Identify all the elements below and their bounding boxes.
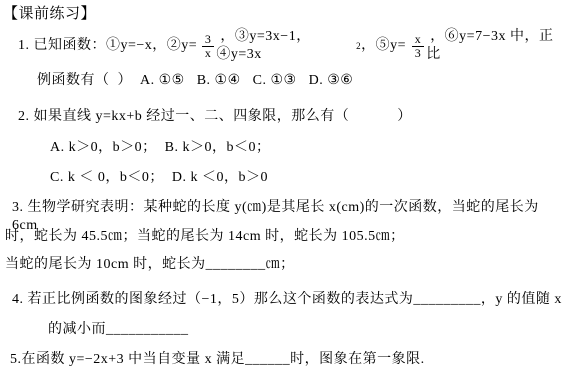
question-4-line-2: 的减小而___________ — [48, 321, 189, 339]
question-5-line-1: 5.在函数 y=−2x+3 中当自变量 x 满足______时，图象在第一象限. — [10, 351, 425, 369]
fraction-denominator: x — [202, 46, 215, 60]
question-1-line-1: 1. 已知函数：①y=−x，②y= 3 x ，③y=3x−1，④y=3x2 ，⑤… — [18, 28, 567, 64]
question-2-choices-ab: A. k＞0，b＞0； B. k＞0，b＜0； — [50, 139, 270, 157]
q1-text-a: 1. 已知函数：①y=−x，②y= — [18, 37, 200, 55]
fraction-numerator: 3 — [202, 33, 215, 46]
q1-fraction-3-over-x: 3 x — [202, 33, 215, 60]
question-1-choices: 例函数有（ ） A. ①⑤ B. ①④ C. ①③ D. ③⑥ — [37, 72, 353, 90]
fraction-denominator: 3 — [412, 46, 425, 60]
worksheet-title: 【课前练习】 — [3, 5, 96, 23]
worksheet-page: 【课前练习】 1. 已知函数：①y=−x，②y= 3 x ，③y=3x−1，④y… — [0, 0, 567, 382]
q1-fraction-x-over-3: x 3 — [412, 33, 425, 60]
question-2-line-1: 2. 如果直线 y=kx+b 经过一、二、四象限，那么有（ ） — [18, 108, 412, 126]
q1-text-c: ，⑤y= — [361, 37, 410, 55]
question-3-line-3: 当蛇的尾长为 10cm 时，蛇长为________㎝； — [5, 256, 295, 274]
question-3-line-2: 时，蛇长为 45.5㎝；当蛇的尾长为 14cm 时，蛇长为 105.5㎝； — [5, 228, 405, 246]
question-4-line-1: 4. 若正比例函数的图象经过（−1，5）那么这个函数的表达式为_________… — [12, 291, 562, 309]
fraction-numerator: x — [412, 33, 425, 46]
q1-text-b: ，③y=3x−1，④y=3x — [216, 28, 355, 64]
question-2-choices-cd: C. k ＜ 0，b＜0； D. k ＜0，b＞0 — [50, 169, 268, 187]
q1-text-d: ，⑥y=7−3x 中，正比 — [426, 28, 567, 64]
